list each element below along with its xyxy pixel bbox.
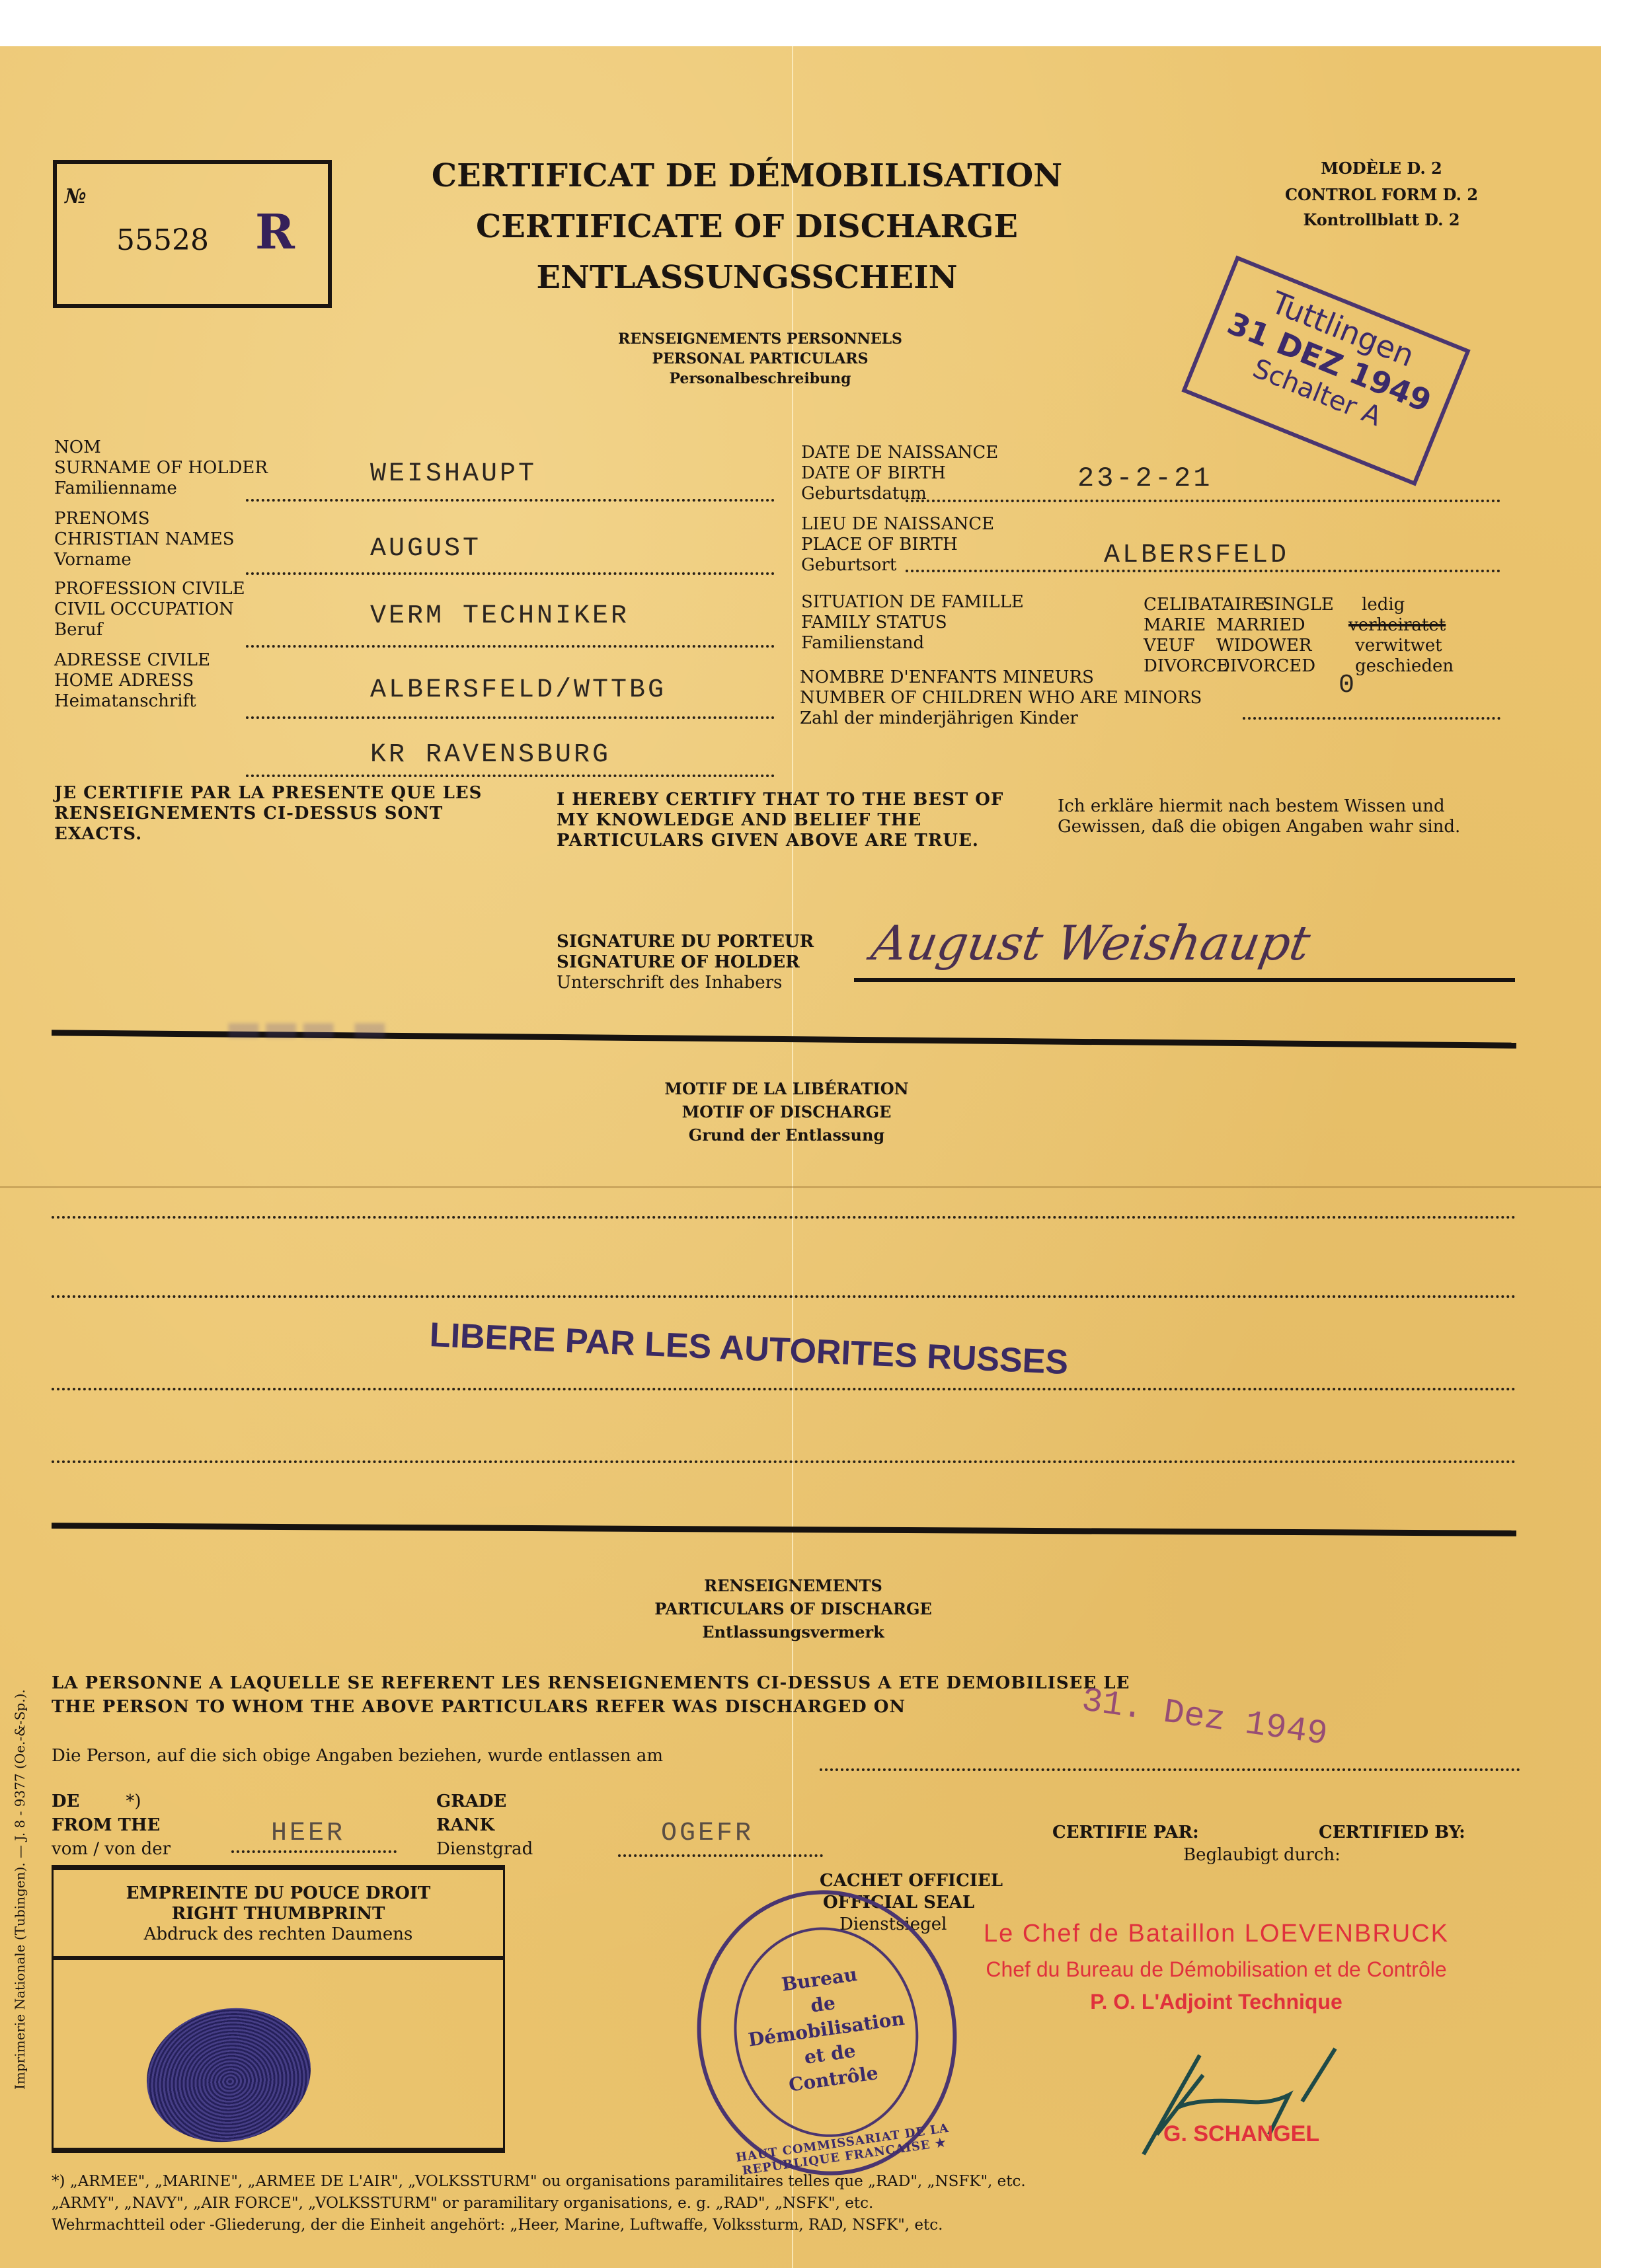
- birth-date-label: DATE DE NAISSANCE DATE OF BIRTH Geburtsd…: [801, 443, 998, 504]
- officer-stamp-line3: P. O. L'Adjoint Technique: [912, 1990, 1520, 2014]
- discharge-header-de: Entlassungsvermerk: [595, 1622, 992, 1642]
- certify-de: Ich erkläre hiermit nach bestem Wissen u…: [1058, 796, 1514, 837]
- certificate-number: 55528: [116, 223, 209, 257]
- officer-name: G. SCHANGEL: [1163, 2121, 1319, 2147]
- officer-stamp: Le Chef de Bataillon LOEVENBRUCK Chef du…: [912, 1920, 1520, 2014]
- reason-line-3: [52, 1388, 1516, 1390]
- title-de: ENTLASSUNGSSCHEIN: [370, 259, 1124, 296]
- model-en: CONTROL FORM D. 2: [1269, 185, 1494, 204]
- personal-header-fr: RENSEIGNEMENTS PERSONNELS: [529, 330, 992, 348]
- reason-line-1: [52, 1216, 1516, 1219]
- thumbprint-image: [134, 1993, 323, 2157]
- address-value-line2: KR RAVENSBURG: [370, 740, 611, 770]
- children-line: [1243, 717, 1500, 720]
- footnote-de: Wehrmachtteil oder -Gliederung, der die …: [52, 2214, 1026, 2236]
- birth-date-value: 23-2-21: [1077, 463, 1212, 494]
- model-de: Kontrollblatt D. 2: [1269, 210, 1494, 229]
- birth-place-value: ALBERSFELD: [1104, 541, 1289, 570]
- reason-line-2: [52, 1295, 1516, 1298]
- rank-line: [618, 1854, 823, 1857]
- number-symbol: №: [65, 185, 87, 208]
- discharge-statement-fr: LA PERSONNE A LAQUELLE SE REFERENT LES R…: [52, 1673, 1130, 1694]
- occupation-value: VERM TECHNIKER: [370, 601, 629, 631]
- officer-signature: [1137, 2035, 1454, 2128]
- christian-names-label: PRENOMS CHRISTIAN NAMES Vorname: [54, 509, 235, 570]
- address-label: ADRESSE CIVILE HOME ADRESS Heimatanschri…: [54, 650, 210, 712]
- discharge-date-line: [820, 1768, 1520, 1771]
- rank-label: GRADE RANK Dienstgrad: [436, 1790, 533, 1861]
- holder-signature: August Weishaupt: [868, 915, 1315, 971]
- address-value: ALBERSFELD/WTTBG: [370, 675, 666, 705]
- faded-stamp: ▬▬▬ ▬: [225, 1004, 555, 1143]
- discharge-reason-header-de: Grund der Entlassung: [582, 1125, 992, 1145]
- birth-place-line: [906, 570, 1500, 572]
- address-line: [246, 716, 775, 719]
- model-fr: MODÈLE D. 2: [1269, 159, 1494, 178]
- discharge-reason-header-fr: MOTIF DE LA LIBÉRATION: [582, 1079, 992, 1098]
- family-option-widower: VEUFWIDOWERverwitwet: [1144, 636, 1514, 656]
- discharge-header-fr: RENSEIGNEMENTS: [595, 1576, 992, 1595]
- discharge-header-en: PARTICULARS OF DISCHARGE: [595, 1599, 992, 1618]
- footnote-fr: *) „ARMEE", „MARINE", „ARMEE DE L'AIR", …: [52, 2171, 1026, 2193]
- christian-names-value: AUGUST: [370, 534, 481, 564]
- certify-fr: JE CERTIFIE PAR LA PRESENTE QUE LES RENS…: [54, 783, 517, 845]
- holder-signature-label: SIGNATURE DU PORTEUR SIGNATURE OF HOLDER…: [557, 932, 814, 993]
- fold-line-horizontal: [0, 1186, 1601, 1188]
- certified-by-fr: CERTIFIE PAR:: [1052, 1823, 1199, 1843]
- officer-stamp-line1: Le Chef de Bataillon LOEVENBRUCK: [912, 1920, 1520, 1948]
- from-the-line: [231, 1850, 397, 1853]
- personal-header-de: Personalbeschreibung: [529, 370, 992, 387]
- family-status-label: SITUATION DE FAMILLE FAMILY STATUS Famil…: [801, 592, 1024, 654]
- discharge-statement-de: Die Person, auf die sich obige Angaben b…: [52, 1746, 663, 1766]
- from-the-label: DE*) FROM THE vom / von der: [52, 1790, 171, 1861]
- footnote: *) „ARMEE", „MARINE", „ARMEE DE L'AIR", …: [52, 2171, 1026, 2236]
- family-option-married: MARIEMARRIEDverheiratet: [1144, 615, 1514, 636]
- series-letter: R: [255, 204, 295, 260]
- title-en: CERTIFICATE OF DISCHARGE: [370, 208, 1124, 245]
- occupation-line: [246, 645, 775, 648]
- certified-by-de: Beglaubigt durch:: [1183, 1845, 1341, 1866]
- from-the-value: HEER: [271, 1819, 345, 1848]
- reason-line-4: [52, 1460, 1516, 1463]
- title-fr: CERTIFICAT DE DÉMOBILISATION: [370, 157, 1124, 194]
- children-value: 0: [1339, 671, 1357, 700]
- address-line2: [246, 775, 775, 777]
- officer-stamp-line2: Chef du Bureau de Démobilisation et de C…: [912, 1957, 1520, 1982]
- footnote-en: „ARMY", „NAVY", „AIR FORCE", „VOLKSSTURM…: [52, 2193, 1026, 2214]
- personal-header-en: PERSONAL PARTICULARS: [529, 350, 992, 367]
- printer-imprint: Imprimerie Nationale (Tubingen). — J. 8 …: [12, 1627, 28, 2090]
- certified-by-en: CERTIFIED BY:: [1319, 1823, 1465, 1843]
- discharge-statement-en: THE PERSON TO WHOM THE ABOVE PARTICULARS…: [52, 1697, 906, 1718]
- holder-signature-line: [854, 978, 1515, 982]
- family-status-options: CELIBATAIRESINGLEledig MARIEMARRIEDverhe…: [1144, 595, 1514, 677]
- rank-value: OGEFR: [661, 1819, 754, 1848]
- surname-line: [246, 499, 775, 502]
- birth-place-label: LIEU DE NAISSANCE PLACE OF BIRTH Geburts…: [801, 514, 994, 576]
- official-seal-center-text: Bureau de Démobilisation et de Contrôle: [732, 1955, 920, 2103]
- christian-names-line: [246, 572, 775, 575]
- number-box: № 55528 R: [53, 160, 332, 308]
- children-label: NOMBRE D'ENFANTS MINEURS NUMBER OF CHILD…: [800, 667, 1202, 729]
- surname-value: WEISHAUPT: [370, 459, 537, 489]
- certify-en: I HEREBY CERTIFY THAT TO THE BEST OF MY …: [557, 790, 1019, 851]
- surname-label: NOM SURNAME OF HOLDER Familienname: [54, 437, 268, 499]
- discharge-reason-header-en: MOTIF OF DISCHARGE: [582, 1102, 992, 1121]
- thumbprint-label: EMPREINTE DU POUCE DROIT RIGHT THUMBPRIN…: [54, 1883, 503, 1945]
- occupation-label: PROFESSION CIVILE CIVIL OCCUPATION Beruf: [54, 579, 245, 640]
- family-option-single: CELIBATAIRESINGLEledig: [1144, 595, 1514, 615]
- thumbprint-divider: [54, 1956, 503, 1960]
- thumbprint-box: EMPREINTE DU POUCE DROIT RIGHT THUMBPRIN…: [52, 1865, 505, 2153]
- birth-date-line: [906, 500, 1500, 502]
